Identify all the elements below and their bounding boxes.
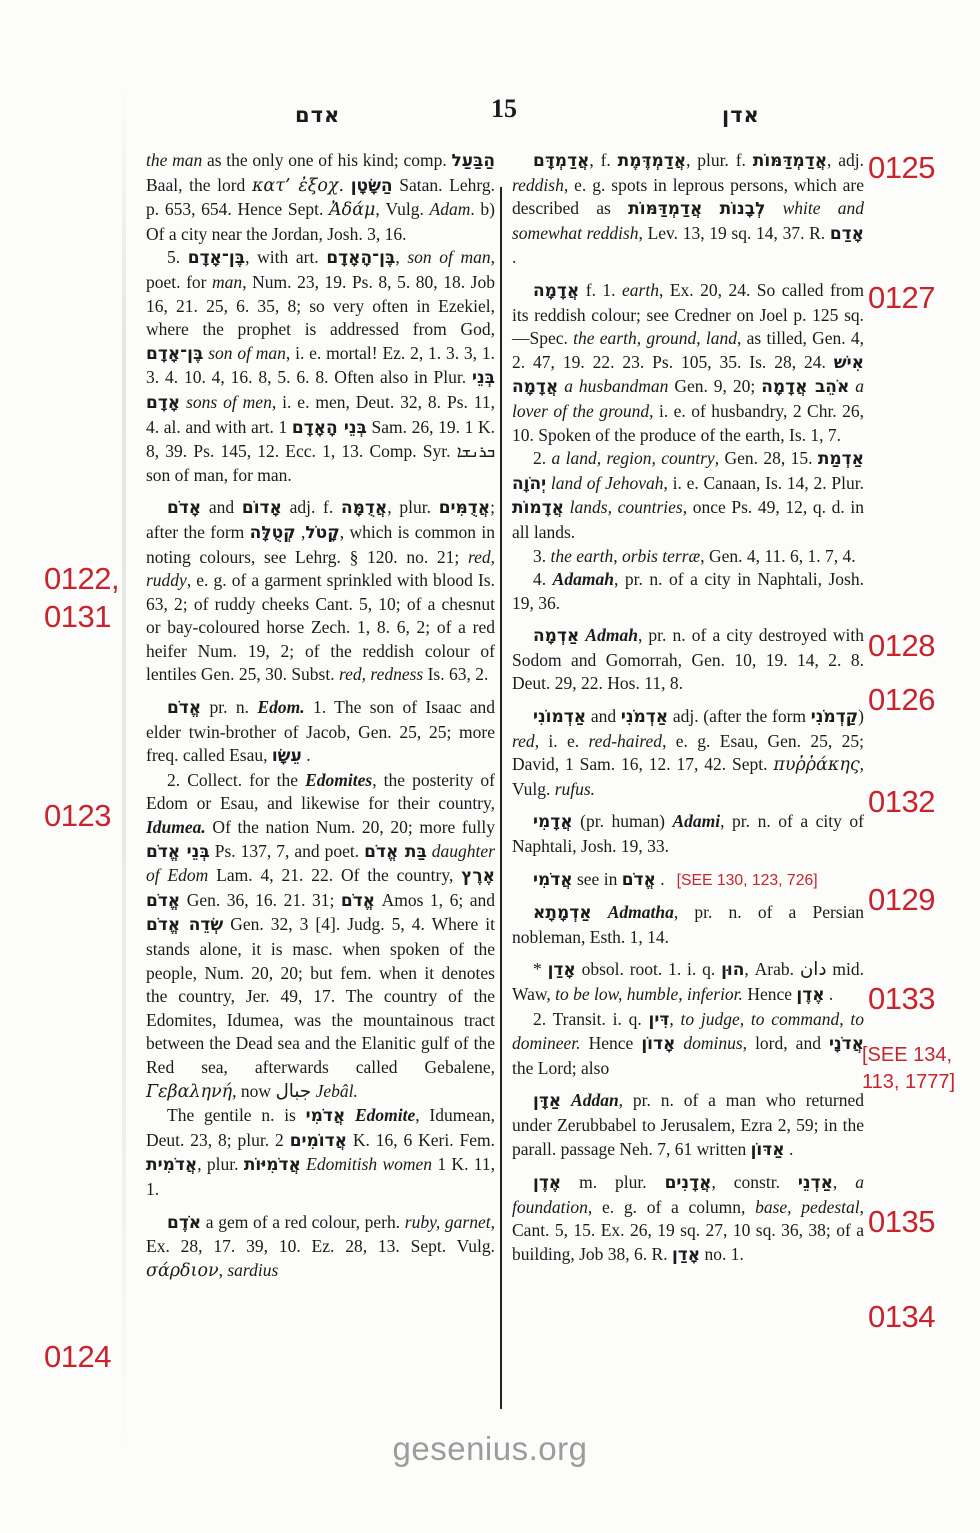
margin-see-note-line2: 113, 1777]	[862, 1069, 955, 1096]
margin-see-note-line1: [SEE 134,	[862, 1042, 955, 1069]
dictionary-paragraph: 3. the earth, orbis terræ, Gen. 4, 11. 6…	[512, 545, 864, 569]
dictionary-paragraph: אֲדֹמִי see in אֱדֹם .[SEE 130, 123, 726…	[512, 868, 864, 893]
dictionary-paragraph: 5. בֶּן־אָדָם, with art. בֶּן־הָאָדָם, s…	[146, 246, 495, 487]
dictionary-paragraph: אַדְמָה Admah, pr. n. of a city destroye…	[512, 624, 864, 696]
dictionary-page: אדם 15 אדן the man as the only one of hi…	[0, 0, 980, 1533]
left-column: the man as the only one of his kind; com…	[146, 149, 495, 1283]
scan-artifact-streak	[122, 80, 126, 1460]
dictionary-paragraph: * אָדַן obsol. root. 1. i. q. הוּן, Arab…	[512, 958, 864, 1007]
column-divider-rule	[500, 187, 502, 1409]
dictionary-paragraph: אֲדָמִי (pr. human) Adami, pr. n. of a c…	[512, 810, 864, 858]
dictionary-paragraph: 4. Adamah, pr. n. of a city in Naphtali,…	[512, 568, 864, 615]
margin-entry-number: 0122,	[44, 563, 119, 594]
margin-entry-number: 0123	[44, 800, 111, 831]
margin-entry-number: 0134	[868, 1301, 935, 1332]
right-column: אֲדַמְדָּם, f. אֲדַמְדֶּמֶת, plur. f. אֲ…	[512, 149, 864, 1268]
margin-entry-number: 0131	[44, 601, 111, 632]
dictionary-paragraph: אָדֹם and אָדוֹם adj. f. אֲדֻמָּה, plur.…	[146, 496, 495, 687]
margin-entry-number: 0126	[868, 684, 935, 715]
dictionary-paragraph: אֹדֶם a gem of a red colour, perh. ruby,…	[146, 1211, 495, 1284]
margin-entry-number: 0124	[44, 1341, 111, 1372]
dictionary-paragraph: אַדְמוֹנִי and אַדְמֹנִי adj. (after the…	[512, 705, 864, 801]
margin-see-note: [SEE 134, 113, 1777]	[862, 1042, 955, 1096]
margin-entry-number: 0125	[868, 152, 935, 183]
dictionary-paragraph: The gentile n. is אֲדֹמִי Edomite, Idume…	[146, 1104, 495, 1201]
page-number: 15	[474, 94, 534, 124]
margin-entry-number: 0135	[868, 1206, 935, 1237]
margin-entry-number: 0133	[868, 983, 935, 1014]
dictionary-paragraph: אַדָּן Addan, pr. n. of a man who return…	[512, 1089, 864, 1162]
margin-entry-number: 0132	[868, 786, 935, 817]
dictionary-paragraph: 2. a land, region, country, Gen. 28, 15.…	[512, 447, 864, 544]
dictionary-paragraph: 2. Collect. for the Edomites, the poster…	[146, 769, 495, 1104]
dictionary-paragraph: 2. Transit. i. q. דִּין, to judge, to co…	[512, 1008, 864, 1081]
dictionary-paragraph: אֱדֹם pr. n. Edom. 1. The son of Isaac a…	[146, 696, 495, 769]
header-keyword-right: אדן	[722, 102, 760, 127]
dictionary-paragraph: אֲדָמָה f. 1. earth, Ex. 20, 24. So call…	[512, 279, 864, 447]
dictionary-paragraph: אַדְמָתָא Admatha, pr. n. of a Persian n…	[512, 901, 864, 949]
margin-entry-number: 0128	[868, 630, 935, 661]
margin-entry-number: 0127	[868, 282, 935, 313]
margin-entry-number: 0129	[868, 884, 935, 915]
dictionary-paragraph: אֲדַמְדָּם, f. אֲדַמְדֶּמֶת, plur. f. אֲ…	[512, 149, 864, 270]
watermark: gesenius.org	[0, 1430, 980, 1468]
dictionary-paragraph: the man as the only one of his kind; com…	[146, 149, 495, 246]
dictionary-paragraph: אֶדֶן m. plur. אֲדָנִים, constr. אַדְנֵי…	[512, 1171, 864, 1267]
header-keyword-left: אדם	[295, 102, 340, 127]
